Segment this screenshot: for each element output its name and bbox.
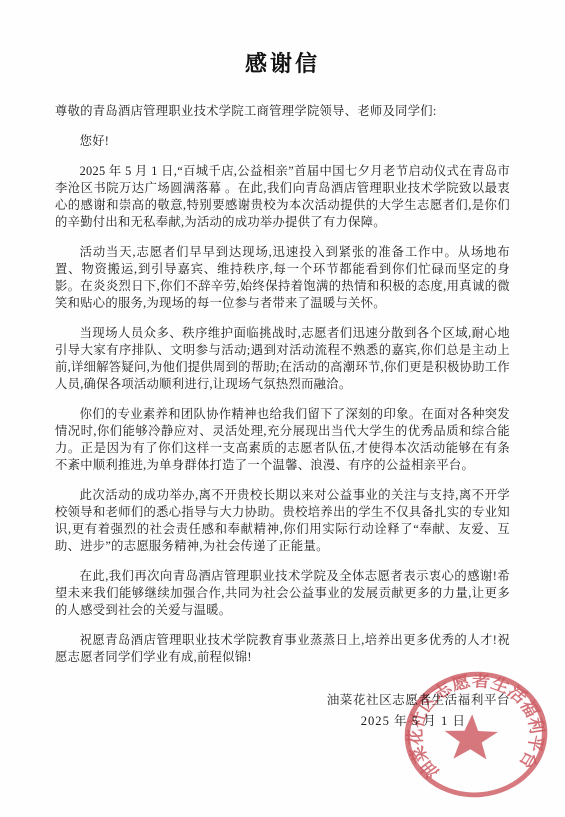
letter-paragraph: 2025 年 5 月 1 日,“百城千店,公益相亲”首届中国七夕月老节启动仪式在…: [55, 163, 510, 231]
letter-paragraph: 此次活动的成功举办,离不开贵校长期以来对公益事业的关注与支持,离不开学校领导和老…: [55, 487, 510, 555]
greeting: 您好!: [55, 133, 510, 150]
letter-body: 尊敬的青岛酒店管理职业技术学院工商管理学院领导、老师及同学们: 您好! 2025…: [0, 103, 565, 730]
letter-paragraph: 在此,我们再次向青岛酒店管理职业技术学院及全体志愿者表示衷心的感谢!希望未来我们…: [55, 568, 510, 619]
letter-paragraph: 活动当天,志愿者们早早到达现场,迅速投入到紧张的准备工作中。从场地布置、物资搬运…: [55, 244, 510, 312]
letter-paragraph: 当现场人员众多、秩序维护面临挑战时,志愿者们迅速分散到各个区域,耐心地引导大家有…: [55, 325, 510, 393]
salutation: 尊敬的青岛酒店管理职业技术学院工商管理学院领导、老师及同学们:: [55, 103, 510, 120]
signature-org: 油菜花社区志愿者生活福利平台: [55, 691, 510, 709]
signature-date: 2025 年 5 月 1 日: [55, 712, 466, 730]
letter-paragraph: 你们的专业素养和团队协作精神也给我们留下了深刻的印象。在面对各种突发情况时,你们…: [55, 406, 510, 474]
letter-page: 感谢信 尊敬的青岛酒店管理职业技术学院工商管理学院领导、老师及同学们: 您好! …: [0, 0, 565, 817]
letter-paragraph: 祝愿青岛酒店管理职业技术学院教育事业蒸蒸日上,培养出更多优秀的人才!祝愿志愿者同…: [55, 632, 510, 666]
letter-title: 感谢信: [0, 47, 565, 78]
